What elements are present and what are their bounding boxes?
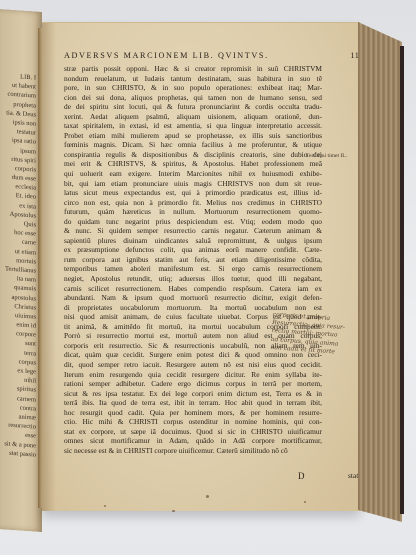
manuscript-annotation: corporis et propriaResurrectio: quia res… [270,311,351,357]
text-line: ex præsumptione defunctos colit, qua ani… [64,245,322,255]
foxing-spot [104,505,106,507]
text-line: do quidam tunc negarint prius despiciend… [64,217,322,227]
text-line: carnis scilicet resurrectionem. Habes co… [64,284,322,294]
text-line: Iterum enim resurgendo quia cecidit resu… [64,370,322,380]
book-cover-edge [400,46,404,514]
foxing-spot [304,501,306,503]
text-line: ctio. Hic mihi & CHRISTI corpus ostendit… [64,417,322,427]
text-line: temporibus tamen aboleri manifestum est.… [64,264,322,274]
text-line: pore, in suo CHRISTO, & in suo populo op… [64,83,322,93]
text-line: sapientiũ plures diuinam uindicantes sal… [64,236,322,246]
text-line: stat ex corpore, ut sæpe iã docuimus. Qu… [64,427,322,437]
printed-marginal-note: Tert. Qui timet IL. [306,153,347,159]
foxing-spot [172,510,175,512]
book-fore-edge [358,22,402,522]
text-line: abundanti. Nam & ipsum quod mortuorũ res… [64,293,322,303]
text-line: sic necesse est & in CHRISTI corpore uiu… [64,446,322,456]
body-text: stræ partis possit opponi. Hæc & si crea… [64,64,322,455]
text-line: & nunc. Si quidem semper resurrectio car… [64,226,322,236]
text-line: nondum reuelatum, ut Iudæis tantum desti… [64,74,322,84]
foxing-spot [206,495,209,498]
left-page-text: LIB. Iut habentcontrariumprophetatia. & … [0,71,36,459]
running-header: ADVERSVS MARCIONEM LIB. QVINTVS. 119 [64,51,364,60]
signature-mark: D [298,471,305,481]
text-line: dit, quod semper retro iacuit. Resurgere… [64,360,322,370]
text-line: omnes sicut mortificamur in Adam, quãdo … [64,436,322,446]
left-page-verso: LIB. Iut habentcontrariumprophetatia. & … [0,9,42,532]
text-line: xerint. Aedat aliquem psalmũ, aliquam ui… [64,112,322,122]
text-line: taxat spiritalem, in extasi, id est amen… [64,121,322,131]
text-line: rationi semper adhibetur. Cadere ergo di… [64,379,322,389]
text-line: conspirantia regulis & dispositionibus &… [64,150,322,160]
text-line: futurum, quàm hæreticus in nullum. Mortu… [64,207,322,217]
text-line: latus sicut meus expectandus est, qui à … [64,188,322,198]
text-line: cion dei sui dona, aliquos prophetas, qu… [64,93,322,103]
text-line: rum corpora aut ignibus statim aut feris… [64,255,322,265]
text-line: mei erit & CHRISTVS, & spiritus, & Apost… [64,159,322,169]
text-line: circo non est, quia non à primordio fit.… [64,198,322,208]
text-line: qui uoluerit eam exigere. Interim Marcio… [64,169,322,179]
text-line: Probet etiam mihi mulierem apud se proph… [64,131,322,141]
text-line: hoc resurgit quod cadit. Quia per homine… [64,408,322,418]
text-line: bit, qui iam etiam pronunciare uiuis mag… [64,179,322,189]
right-page-recto: ADVERSVS MARCIONEM LIB. QVINTVS. 119 str… [42,22,360,511]
text-line: stræ partis possit opponi. Hæc & si crea… [64,64,322,74]
text-line: sicut & res ipsa testatur. Ex dei lege c… [64,389,322,399]
text-line: terrã ibis. Ita quod de terra est, ibit … [64,398,322,408]
running-head-title: ADVERSVS MARCIONEM LIB. QVINTVS. [64,51,269,60]
text-line: negiet, Apostolus retundit, utiq; aduers… [64,274,322,284]
catchword: stat [348,471,358,480]
text-line: fœminis magnis. Dicam. Si hæc omnia faci… [64,140,322,150]
left-text-fragment: stat passio [0,448,36,460]
text-line: de dei spiritu sint locuti, qui & futura… [64,102,322,112]
